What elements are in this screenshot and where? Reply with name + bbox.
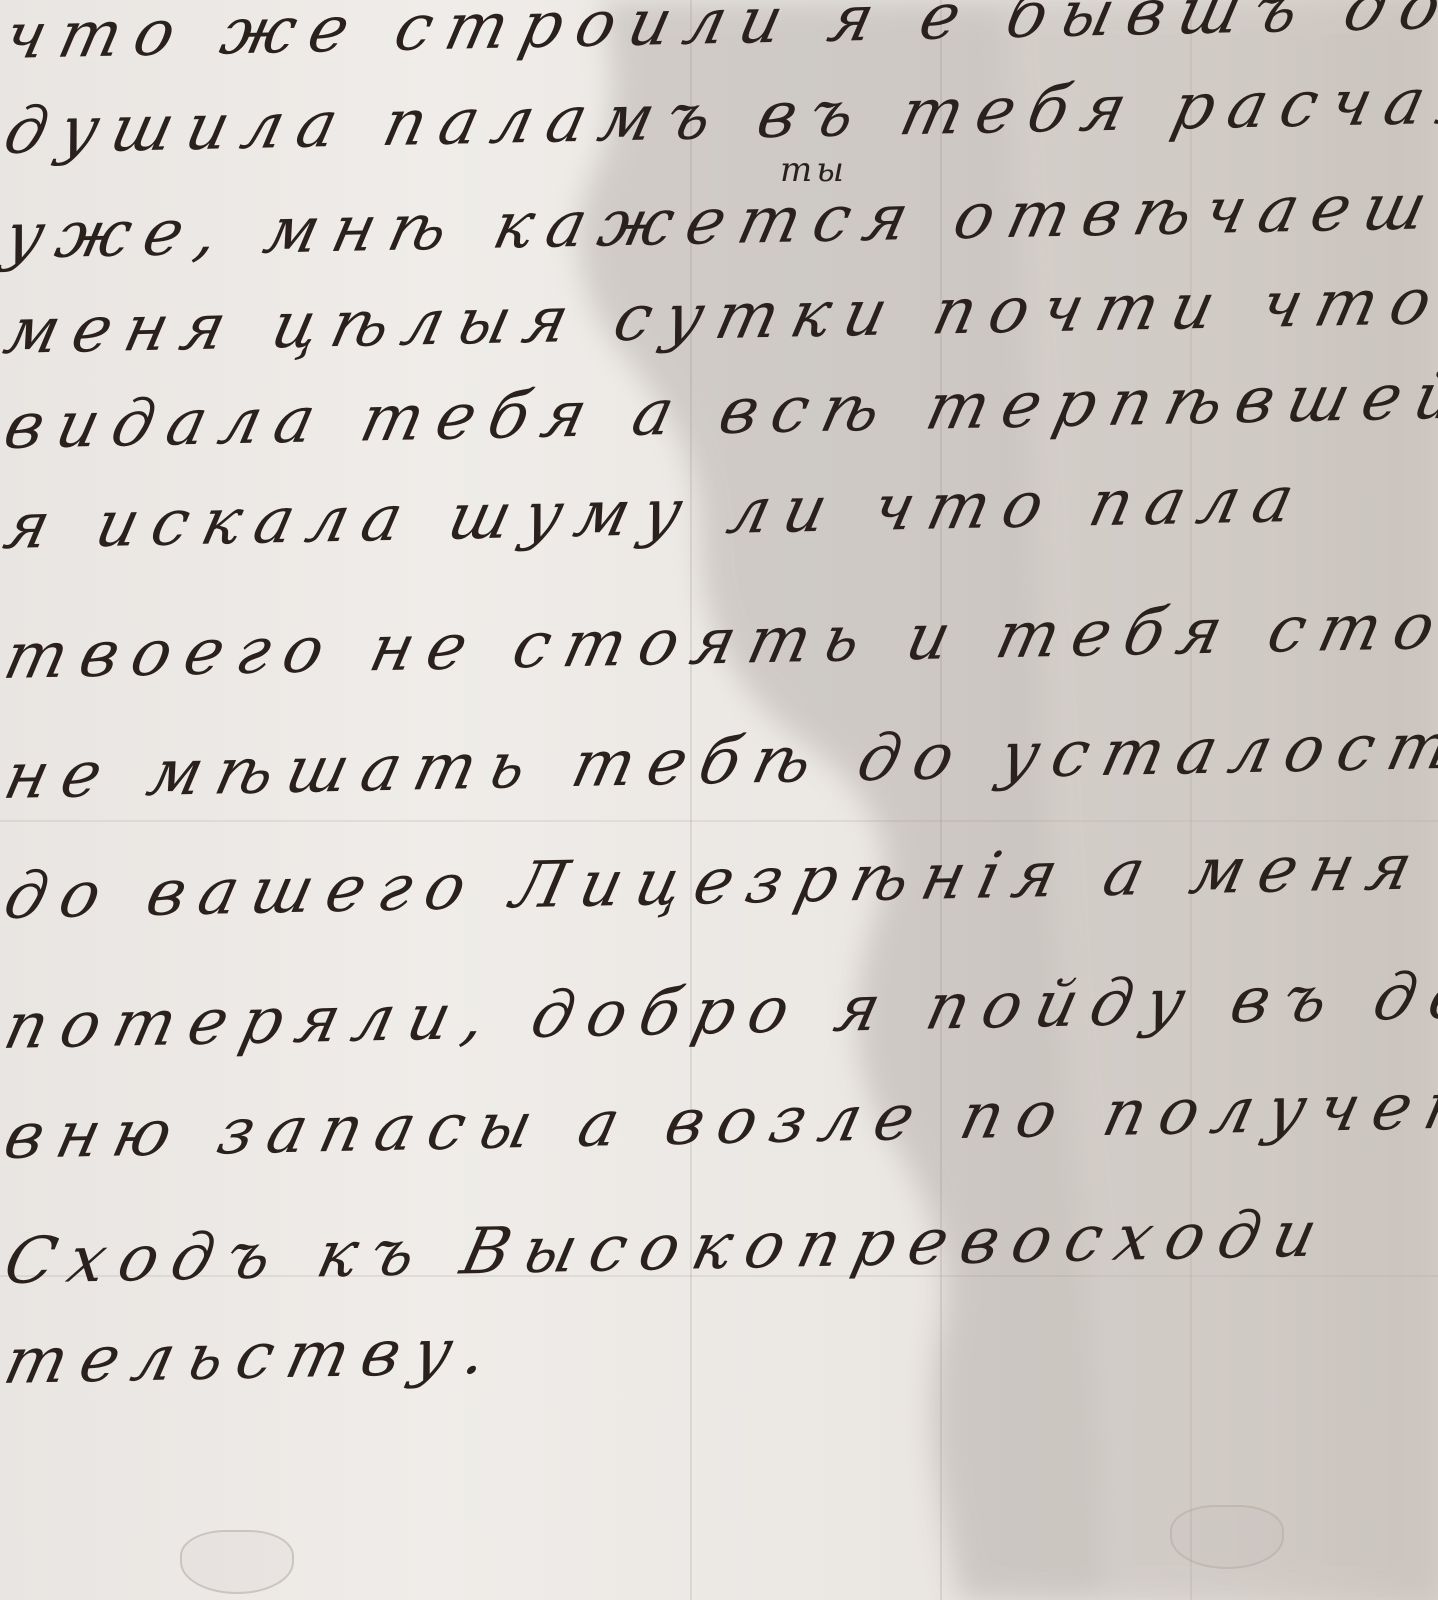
letter-text: что же строили я е бывшъ довольно душила… [0,0,1438,1600]
text-line: не мѣшать тебѣ до усталости [0,708,1438,814]
text-line: до вашего Лицезрѣнія а меня [0,830,1433,934]
text-line: меня цѣлыя сутки почти что не [0,262,1438,369]
text-line: вню запасы а возле по полученіи [0,1067,1438,1174]
text-line: уже, мнѣ кажется отвѣчаешь отъ [0,165,1438,274]
text-line: что же строили я е бывшъ довольно [0,0,1438,74]
text-line: душила паламъ въ тебя расчалуя [0,62,1438,169]
text-line: Сходъ къ Высокопревосходи [0,1197,1338,1299]
text-line: я искала шуму ли что пала [0,463,1315,564]
text-line: потеряли, добро я пойду въ дере [0,957,1438,1064]
text-line: тельству. [0,1315,508,1399]
text-line: твоего не стоять и тебя стол [0,589,1438,694]
text-line: видала тебя а всѣ терпѣвшей и [0,358,1438,464]
